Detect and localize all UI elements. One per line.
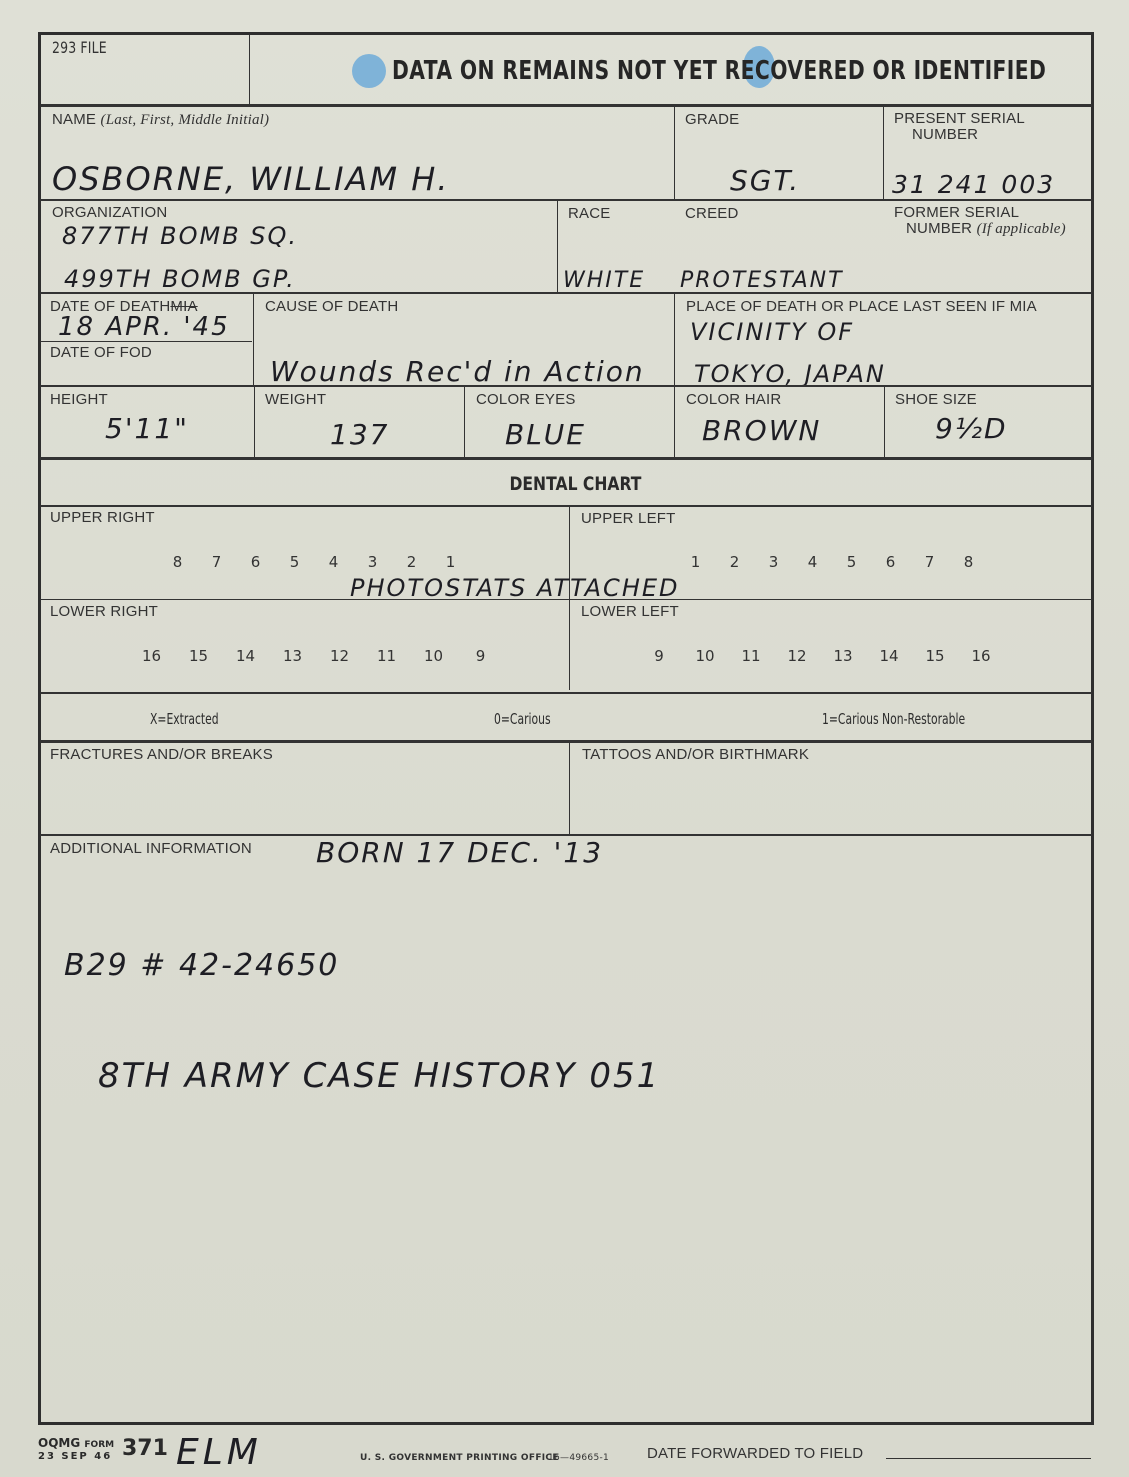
name-label: NAME (Last, First, Middle Initial) xyxy=(52,112,269,129)
additional-info-line3[interactable]: 8TH ARMY CASE HISTORY 051 xyxy=(98,1056,660,1096)
divider xyxy=(674,106,675,200)
printer-label: U. S. GOVERNMENT PRINTING OFFICE xyxy=(360,1453,559,1463)
print-code: 16—49665-1 xyxy=(548,1453,609,1463)
tooth[interactable]: 15 xyxy=(912,647,958,665)
lower-right-teeth: 161514131211109 xyxy=(128,647,504,665)
tooth[interactable]: 13 xyxy=(820,647,866,665)
additional-info-label: ADDITIONAL INFORMATION xyxy=(50,841,252,857)
divider xyxy=(674,386,675,457)
divider xyxy=(40,341,252,342)
tooth[interactable]: 8 xyxy=(949,553,988,571)
tooth[interactable]: 11 xyxy=(728,647,774,665)
height-field[interactable]: 5'11" xyxy=(105,412,189,445)
cause-of-death-field[interactable]: Wounds Rec'd in Action xyxy=(270,355,645,388)
additional-info-line1[interactable]: BORN 17 DEC. '13 xyxy=(316,836,603,869)
tooth[interactable]: 12 xyxy=(316,647,363,665)
name-field[interactable]: OSBORNE, WILLIAM H. xyxy=(52,160,449,198)
punch-hole-left xyxy=(352,54,386,88)
divider xyxy=(40,505,1092,507)
tooth[interactable]: 14 xyxy=(222,647,269,665)
tooth[interactable]: 10 xyxy=(410,647,457,665)
divider xyxy=(40,385,1092,387)
color-hair-label: COLOR HAIR xyxy=(686,392,781,408)
former-serial-label: FORMER SERIALNUMBER (If applicable) xyxy=(894,205,1066,238)
tooth[interactable]: 16 xyxy=(958,647,1004,665)
fractures-label: FRACTURES AND/OR BREAKS xyxy=(50,747,273,763)
form-number: 371 xyxy=(122,1436,168,1461)
lower-left-teeth: 910111213141516 xyxy=(636,647,1004,665)
weight-field[interactable]: 137 xyxy=(330,418,389,451)
divider xyxy=(569,742,570,834)
divider xyxy=(40,199,1092,201)
upper-right-label: UPPER RIGHT xyxy=(50,510,155,526)
tooth[interactable]: 2 xyxy=(392,553,431,571)
shoe-size-field[interactable]: 9½D xyxy=(935,412,1008,445)
divider xyxy=(40,599,1092,600)
upper-right-teeth: 87654321 xyxy=(158,553,470,571)
cause-of-death-label: CAUSE OF DEATH xyxy=(265,299,398,315)
color-eyes-field[interactable]: BLUE xyxy=(505,418,586,451)
race-label: RACE xyxy=(568,206,610,222)
tooth[interactable]: 5 xyxy=(832,553,871,571)
divider xyxy=(883,106,884,200)
divider xyxy=(40,457,1092,460)
legend-carious: 0=Carious xyxy=(494,710,551,728)
divider xyxy=(40,740,1092,743)
lower-right-label: LOWER RIGHT xyxy=(50,604,158,620)
place-of-death-label: PLACE OF DEATH OR PLACE LAST SEEN IF MIA xyxy=(686,299,1037,315)
place-of-death-field-line1[interactable]: VICINITY OF xyxy=(690,318,854,346)
tooth[interactable]: 13 xyxy=(269,647,316,665)
present-serial-field[interactable]: 31 241 003 xyxy=(892,170,1055,199)
additional-info-line2[interactable]: B29 # 42-24650 xyxy=(64,948,339,983)
form-id: OQMG FORM 23 SEP 46 xyxy=(38,1437,114,1462)
color-hair-field[interactable]: BROWN xyxy=(702,414,821,447)
tooth[interactable]: 15 xyxy=(175,647,222,665)
grade-label: GRADE xyxy=(685,112,739,128)
initials: ELM xyxy=(176,1432,262,1473)
divider xyxy=(40,292,1092,294)
file-label: 293 FILE xyxy=(52,40,107,57)
tooth[interactable]: 7 xyxy=(910,553,949,571)
race-field[interactable]: WHITE xyxy=(563,268,645,293)
present-serial-label: PRESENT SERIALNUMBER xyxy=(894,111,1025,143)
organization-field-line1[interactable]: 877TH BOMB SQ. xyxy=(62,222,298,250)
color-eyes-label: COLOR EYES xyxy=(476,392,576,408)
organization-field-line2[interactable]: 499TH BOMB GP. xyxy=(64,265,296,293)
tooth[interactable]: 9 xyxy=(636,647,682,665)
header-divider xyxy=(249,35,250,105)
tooth[interactable]: 9 xyxy=(457,647,504,665)
tooth[interactable]: 4 xyxy=(314,553,353,571)
tooth[interactable]: 5 xyxy=(275,553,314,571)
lower-left-label: LOWER LEFT xyxy=(581,604,679,620)
divider xyxy=(464,386,465,457)
tooth[interactable]: 1 xyxy=(676,553,715,571)
tooth[interactable]: 3 xyxy=(754,553,793,571)
grade-field[interactable]: SGT. xyxy=(730,164,800,197)
divider xyxy=(253,293,254,385)
divider xyxy=(40,692,1092,694)
tooth[interactable]: 6 xyxy=(236,553,275,571)
weight-label: WEIGHT xyxy=(265,392,326,408)
legend-non-restorable: 1=Carious Non-Restorable xyxy=(822,710,965,728)
divider xyxy=(40,104,1092,107)
form-page: 293 FILE DATA ON REMAINS NOT YET RECOVER… xyxy=(0,0,1129,1477)
place-of-death-field-line2[interactable]: TOKYO, JAPAN xyxy=(694,360,886,388)
legend-extracted: X=Extracted xyxy=(150,710,219,728)
tooth[interactable]: 8 xyxy=(158,553,197,571)
tooth[interactable]: 12 xyxy=(774,647,820,665)
date-of-death-field[interactable]: 18 APR. '45 xyxy=(58,312,230,342)
divider xyxy=(674,293,675,385)
date-of-fod-label: DATE OF FOD xyxy=(50,345,152,361)
shoe-size-label: SHOE SIZE xyxy=(895,392,977,408)
tooth[interactable]: 10 xyxy=(682,647,728,665)
date-forwarded-label: DATE FORWARDED TO FIELD xyxy=(647,1446,863,1462)
tooth[interactable]: 7 xyxy=(197,553,236,571)
creed-field[interactable]: PROTESTANT xyxy=(680,268,844,293)
tooth[interactable]: 3 xyxy=(353,553,392,571)
upper-left-teeth: 12345678 xyxy=(676,553,988,571)
tooth[interactable]: 6 xyxy=(871,553,910,571)
divider xyxy=(884,386,885,457)
dental-note: PHOTOSTATS ATTACHED xyxy=(350,574,680,602)
tooth[interactable]: 4 xyxy=(793,553,832,571)
dental-chart-title: DENTAL CHART xyxy=(509,473,641,495)
date-forwarded-field[interactable] xyxy=(886,1458,1091,1459)
height-label: HEIGHT xyxy=(50,392,108,408)
divider xyxy=(557,200,558,292)
tooth[interactable]: 2 xyxy=(715,553,754,571)
tooth[interactable]: 11 xyxy=(363,647,410,665)
tooth[interactable]: 16 xyxy=(128,647,175,665)
organization-label: ORGANIZATION xyxy=(52,205,167,221)
form-title: DATA ON REMAINS NOT YET RECOVERED OR IDE… xyxy=(392,56,1046,86)
divider xyxy=(254,386,255,457)
tooth[interactable]: 14 xyxy=(866,647,912,665)
tattoos-label: TATTOOS AND/OR BIRTHMARK xyxy=(582,747,809,763)
upper-left-label: UPPER LEFT xyxy=(581,511,676,527)
creed-label: CREED xyxy=(685,206,739,222)
tooth[interactable]: 1 xyxy=(431,553,470,571)
